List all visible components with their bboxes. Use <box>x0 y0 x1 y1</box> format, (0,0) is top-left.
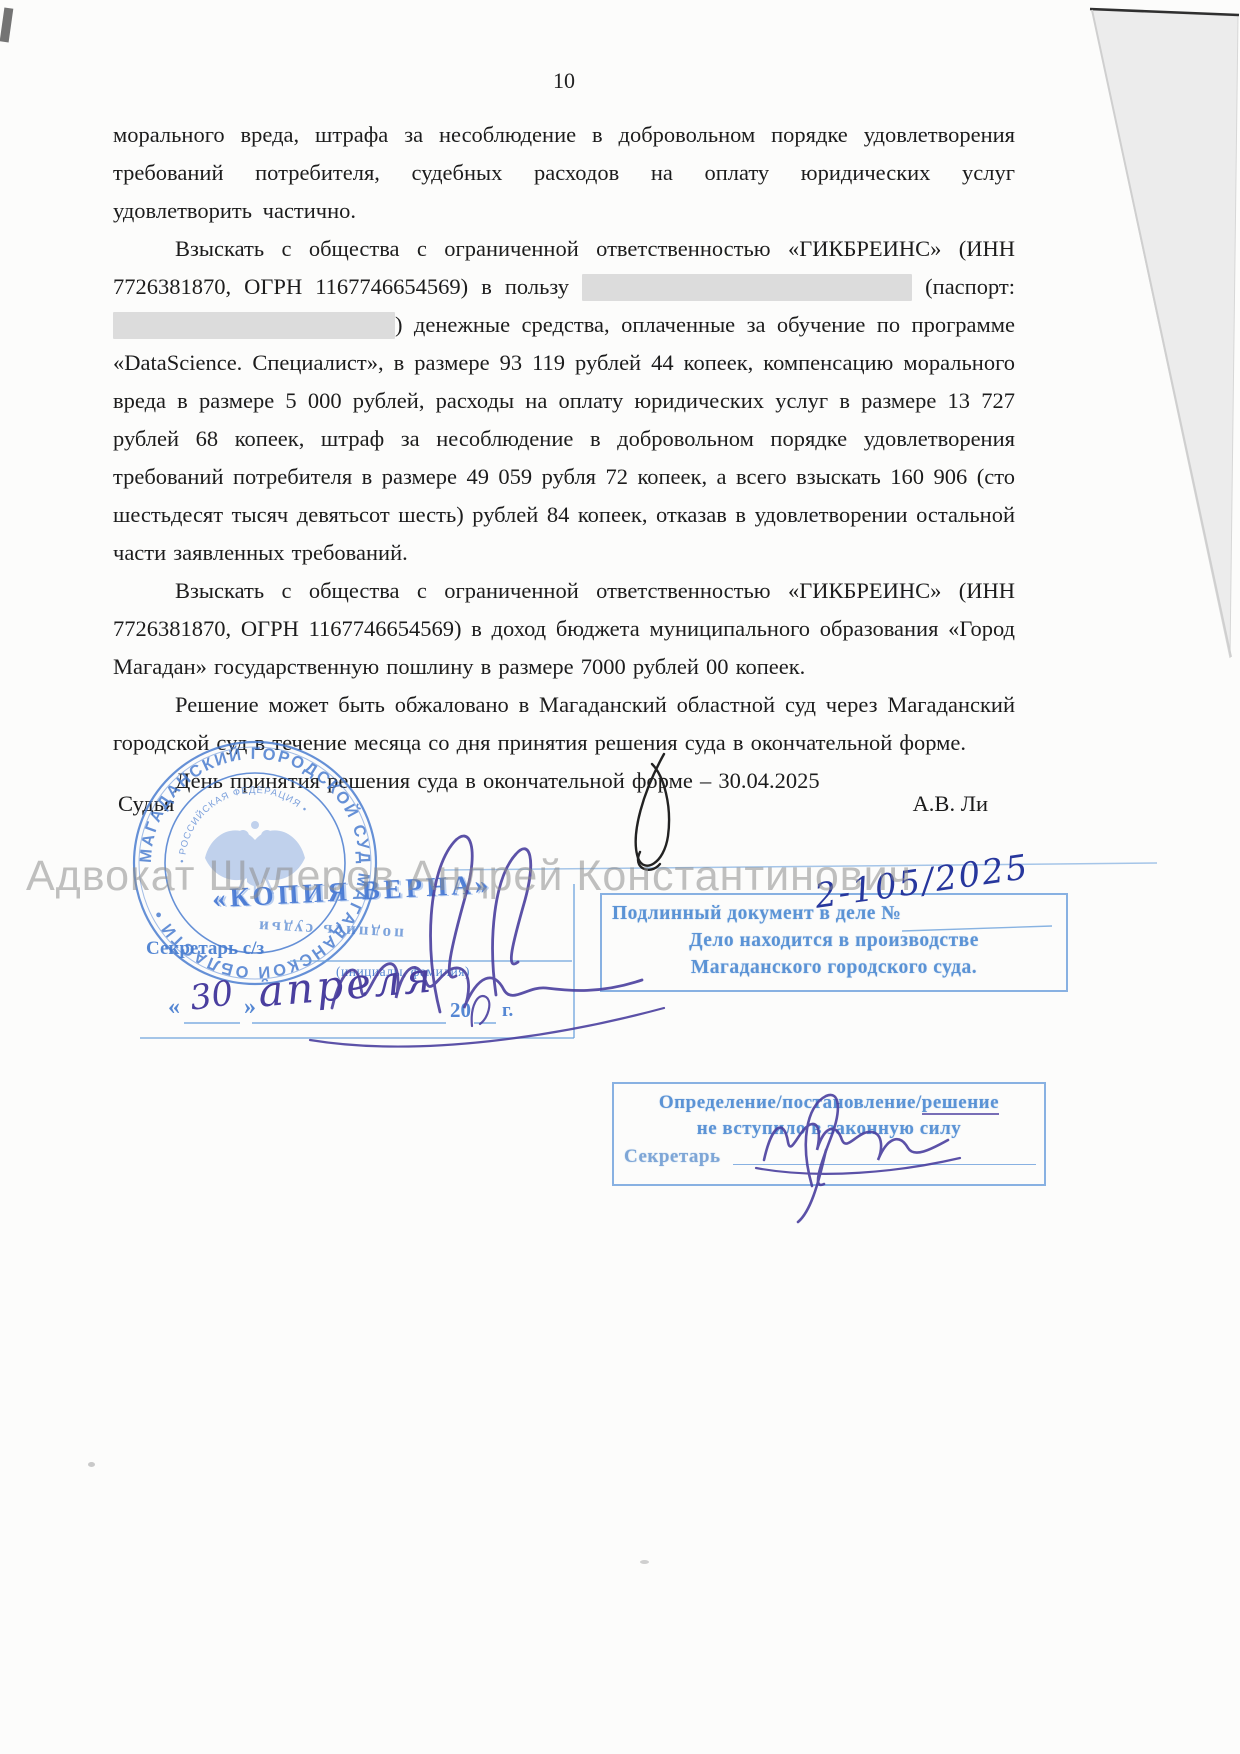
status-stamp-line1: Определение/постановление/решение <box>614 1090 1044 1116</box>
judge-label: Судья <box>118 791 174 817</box>
redacted-passport-number <box>113 312 395 339</box>
handwritten-day: 30 <box>187 973 235 1019</box>
page-number: 10 <box>113 68 1015 94</box>
scan-artifact <box>640 1560 649 1564</box>
scanned-court-decision-page: 10 морального вреда, штрафа за несоблюде… <box>0 0 1240 1754</box>
year-suffix: г. <box>502 1000 513 1022</box>
date-quote-open: « <box>168 994 180 1021</box>
scan-artifact <box>88 1462 95 1467</box>
not-in-force-stamp: Определение/постановление/решение не вст… <box>612 1082 1046 1186</box>
decision-text-block: морального вреда, штрафа за несоблюдение… <box>113 116 1015 800</box>
scan-artifact <box>0 8 13 43</box>
fold-edge-shadow <box>1092 10 1231 657</box>
paragraph-award-part2: (паспорт: <box>912 274 1015 299</box>
date-quote-close: » <box>244 994 256 1021</box>
status-stamp-line1a: Определение/постановление/ <box>659 1092 922 1113</box>
status-stamp-secretary-row: Секретарь <box>614 1144 1044 1170</box>
copy-stamp-secretary-label: Секретарь с/з <box>146 938 264 960</box>
fold-crease-line <box>1090 9 1239 15</box>
secretary-signature-line <box>733 1146 1036 1165</box>
year-prefix: 20 <box>450 998 471 1023</box>
status-stamp-line1b: решение <box>922 1092 999 1115</box>
paragraph-continuation: морального вреда, штрафа за несоблюдение… <box>113 116 1015 230</box>
signature-row: Судья А.В. Ли <box>118 791 988 817</box>
status-stamp-line2: не вступило в законную силу <box>614 1116 1044 1142</box>
judge-sign-label: подпись судьи <box>256 916 405 944</box>
fold-triangle <box>1092 10 1238 658</box>
status-stamp-secretary-label: Секретарь <box>624 1144 721 1170</box>
lawyer-watermark: Адвокат Шулеров Андрей Константинович <box>26 852 912 901</box>
handwritten-month: апреля <box>256 952 436 1016</box>
case-stamp-line2: Дело находится в производстве <box>602 927 1066 954</box>
paragraph-award: Взыскать с общества с ограниченной ответ… <box>113 230 1015 572</box>
judge-name: А.В. Ли <box>913 791 988 817</box>
redacted-plaintiff-name <box>582 274 912 301</box>
paragraph-award-part3: ) денежные средства, оплаченные за обуче… <box>113 312 1015 565</box>
case-stamp-line3: Магаданского городского суда. <box>602 954 1066 981</box>
paragraph-state-duty: Взыскать с общества с ограниченной ответ… <box>113 572 1015 686</box>
paragraph-appeal: Решение может быть обжаловано в Магаданс… <box>113 686 1015 762</box>
